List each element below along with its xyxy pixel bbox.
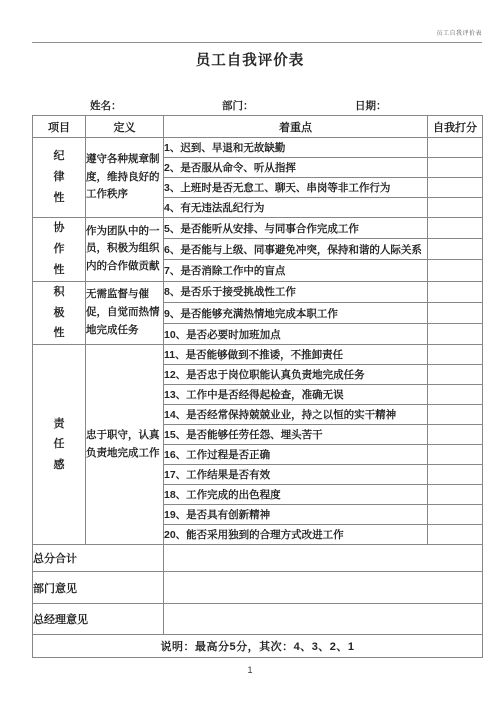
score-input-cell[interactable] (428, 281, 483, 302)
category-cell-3: 责 任 感 (33, 345, 86, 545)
score-input-cell[interactable] (428, 365, 483, 385)
focus-item-row: 纪 律 性遵守各种规章制度，维持良好的工作秩序1、迟到、早退和无故缺勤 (33, 138, 483, 158)
column-header-0: 项目 (33, 116, 86, 138)
focus-item-cell: 17、工作结果是否有效 (164, 465, 428, 485)
summary-row-0: 总分合计 (33, 545, 483, 572)
summary-label-cell: 部门意见 (33, 572, 164, 604)
focus-item-cell: 2、是否服从命令、听从指挥 (164, 158, 428, 178)
category-cell-0: 纪 律 性 (33, 138, 86, 218)
focus-item-cell: 3、上班时是否无怠工、聊天、串岗等非工作行为 (164, 178, 428, 198)
category-cell-1: 协 作 性 (33, 218, 86, 282)
column-header-2: 着重点 (164, 116, 428, 138)
summary-label-cell: 总经理意见 (33, 604, 164, 635)
score-input-cell[interactable] (428, 260, 483, 281)
score-input-cell[interactable] (428, 345, 483, 365)
evaluation-table-body: 纪 律 性遵守各种规章制度，维持良好的工作秩序1、迟到、早退和无故缺勤2、是否服… (33, 138, 483, 658)
score-input-cell[interactable] (428, 198, 483, 218)
page-title: 员工自我评价表 (0, 52, 500, 70)
evaluation-table: 项目定义着重点自我打分 纪 律 性遵守各种规章制度，维持良好的工作秩序1、迟到、… (32, 115, 483, 658)
focus-item-cell: 1、迟到、早退和无故缺勤 (164, 138, 428, 158)
focus-item-cell: 20、能否采用独到的合理方式改进工作 (164, 525, 428, 545)
definition-cell-0: 遵守各种规章制度，维持良好的工作秩序 (86, 138, 164, 218)
focus-item-cell: 10、是否必要时加班加点 (164, 324, 428, 345)
date-field-label: 日期： (355, 100, 387, 113)
summary-value-cell[interactable] (164, 604, 483, 635)
column-header-3: 自我打分 (428, 116, 483, 138)
focus-item-cell: 19、是否具有创新精神 (164, 505, 428, 525)
focus-item-cell: 11、是否能够做到不推诿，不推卸责任 (164, 345, 428, 365)
date-field-blank[interactable] (387, 100, 500, 113)
score-input-cell[interactable] (428, 505, 483, 525)
focus-item-cell: 5、是否能听从安排、与同事合作完成工作 (164, 218, 428, 239)
evaluation-table-head: 项目定义着重点自我打分 (33, 116, 483, 138)
focus-item-row: 责 任 感忠于职守，认真负责地完成工作11、是否能够做到不推诿，不推卸责任 (33, 345, 483, 365)
definition-cell-2: 无需监督与催促，自觉而热情地完成任务 (86, 281, 164, 345)
department-field-label: 部门： (222, 100, 254, 113)
focus-item-cell: 13、工作中是否经得起检查，准确无误 (164, 385, 428, 405)
category-cell-2: 积 极 性 (33, 281, 86, 345)
column-header-1: 定义 (86, 116, 164, 138)
score-input-cell[interactable] (428, 239, 483, 260)
running-header-text: 员工自我评价表 (436, 31, 482, 37)
document-page: 员工自我评价表 员工自我评价表 姓名： 部门： 日期： 项目定义着重点自我打分 … (0, 0, 500, 708)
document-running-header: 员工自我评价表 (32, 27, 482, 43)
page-number: 1 (0, 665, 500, 675)
score-input-cell[interactable] (428, 405, 483, 425)
focus-item-cell: 15、是否能够任劳任怨、埋头苦干 (164, 425, 428, 445)
focus-item-cell: 6、是否能与上级、同事避免冲突，保持和谐的人际关系 (164, 239, 428, 260)
name-field: 姓名： (90, 100, 222, 113)
scoring-note: 说明：最高分5分，其次：4、3、2、1 (33, 635, 483, 658)
focus-item-cell: 12、是否忠于岗位职能认真负责地完成任务 (164, 365, 428, 385)
focus-item-cell: 7、是否消除工作中的盲点 (164, 260, 428, 281)
score-input-cell[interactable] (428, 465, 483, 485)
department-field-blank[interactable] (254, 100, 356, 113)
focus-item-cell: 4、有无违法乱纪行为 (164, 198, 428, 218)
score-input-cell[interactable] (428, 485, 483, 505)
summary-label-cell: 总分合计 (33, 545, 164, 572)
score-input-cell[interactable] (428, 425, 483, 445)
summary-value-cell[interactable] (164, 545, 483, 572)
focus-item-cell: 18、工作完成的出色程度 (164, 485, 428, 505)
score-input-cell[interactable] (428, 218, 483, 239)
score-input-cell[interactable] (428, 445, 483, 465)
focus-item-row: 协 作 性作为团队中的一员，积极为组织内的合作做贡献5、是否能听从安排、与同事合… (33, 218, 483, 239)
name-field-blank[interactable] (122, 100, 223, 113)
date-field: 日期： (355, 100, 500, 113)
definition-cell-3: 忠于职守，认真负责地完成工作 (86, 345, 164, 545)
header-row: 项目定义着重点自我打分 (33, 116, 483, 138)
definition-cell-1: 作为团队中的一员，积极为组织内的合作做贡献 (86, 218, 164, 282)
note-row: 说明：最高分5分，其次：4、3、2、1 (33, 635, 483, 658)
form-fields-row: 姓名： 部门： 日期： (90, 100, 500, 113)
summary-value-cell[interactable] (164, 572, 483, 604)
focus-item-row: 积 极 性无需监督与催促，自觉而热情地完成任务8、是否乐于接受挑战性工作 (33, 281, 483, 302)
department-field: 部门： (222, 100, 355, 113)
score-input-cell[interactable] (428, 138, 483, 158)
focus-item-cell: 9、是否能够充满热情地完成本职工作 (164, 302, 428, 323)
summary-row-2: 总经理意见 (33, 604, 483, 635)
score-input-cell[interactable] (428, 302, 483, 323)
score-input-cell[interactable] (428, 385, 483, 405)
score-input-cell[interactable] (428, 525, 483, 545)
name-field-label: 姓名： (90, 100, 122, 113)
focus-item-cell: 8、是否乐于接受挑战性工作 (164, 281, 428, 302)
summary-row-1: 部门意见 (33, 572, 483, 604)
score-input-cell[interactable] (428, 324, 483, 345)
focus-item-cell: 14、是否经常保持兢兢业业，持之以恒的实干精神 (164, 405, 428, 425)
focus-item-cell: 16、工作过程是否正确 (164, 445, 428, 465)
score-input-cell[interactable] (428, 178, 483, 198)
score-input-cell[interactable] (428, 158, 483, 178)
